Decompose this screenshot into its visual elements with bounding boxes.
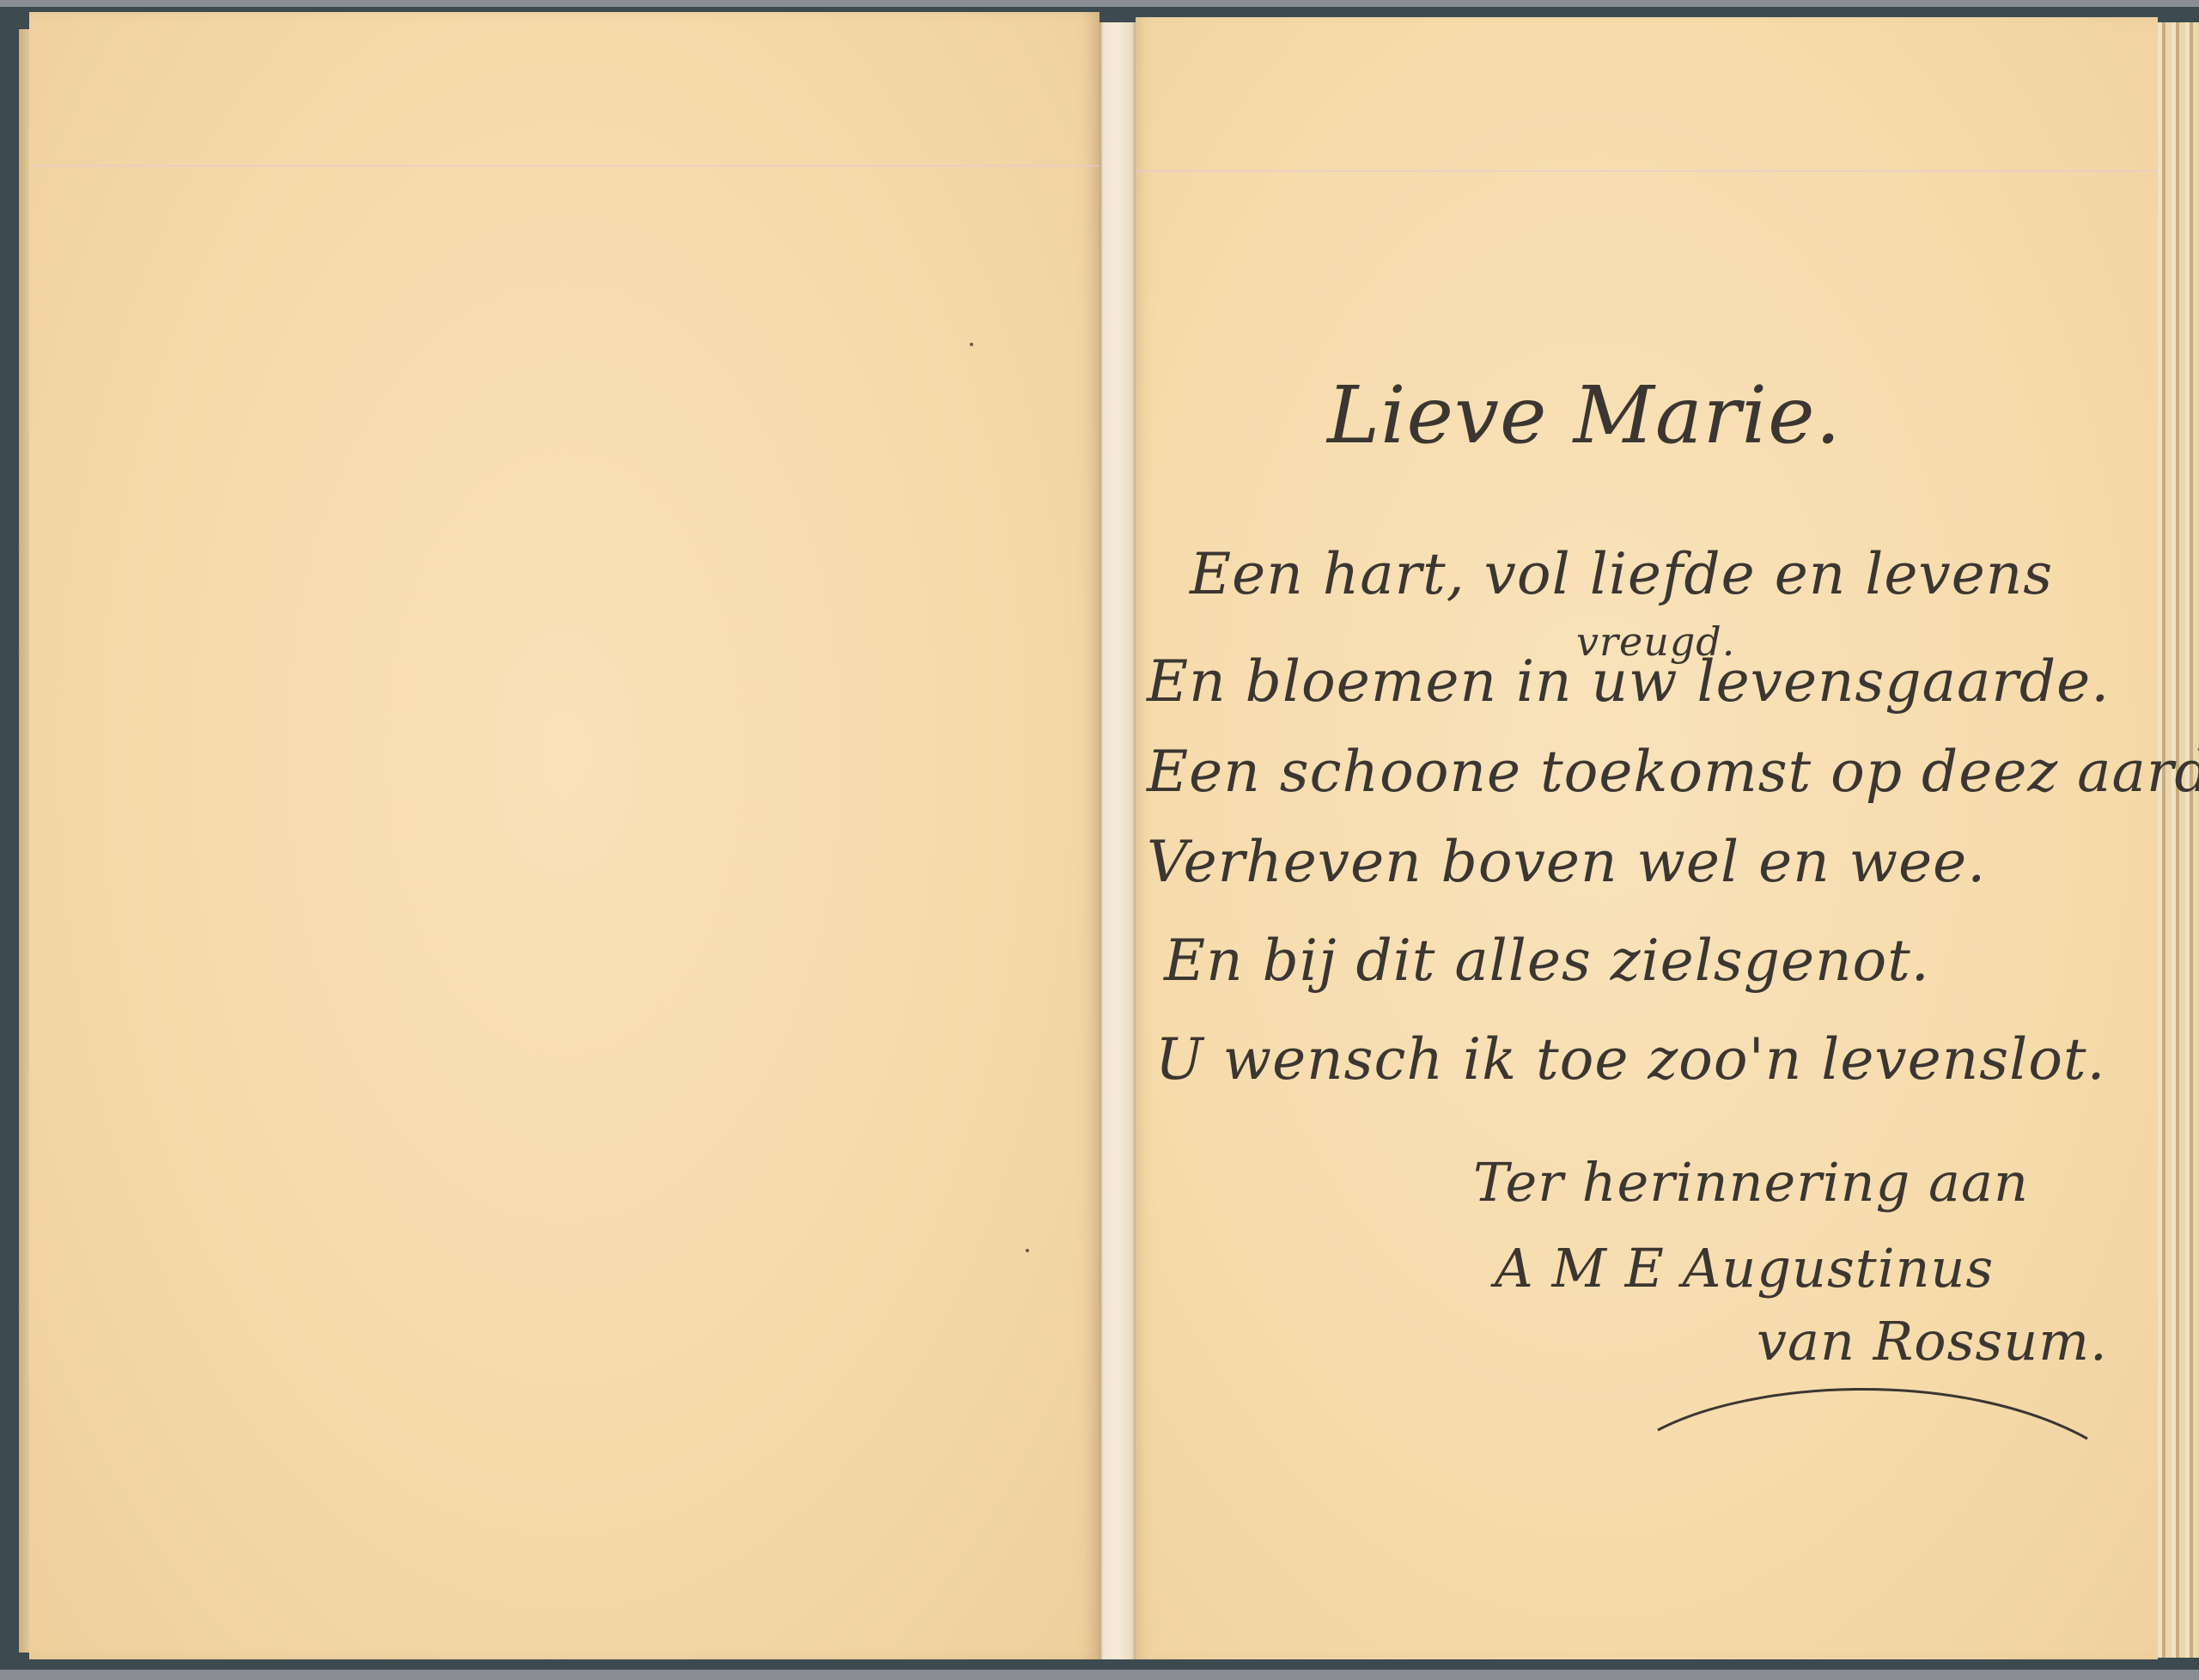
poem-line-3: Een schoone toekomst op deez aarde.	[1147, 739, 2199, 805]
right-page-edges	[2158, 22, 2199, 1658]
ruled-line	[1136, 170, 2158, 172]
paper-speck	[1026, 1249, 1029, 1252]
poem-line-4: Verheven boven wel en wee.	[1147, 829, 1986, 895]
signature-surname: van Rossum.	[1757, 1310, 2108, 1373]
closing-line-1: Ter herinnering aan	[1473, 1151, 2029, 1214]
poem-line-1: Een hart, vol liefde en levens	[1190, 541, 2053, 607]
signature-name: A M E Augustinus	[1495, 1237, 1994, 1300]
poem-line-2: En bloemen in uw levensgaarde.	[1147, 648, 2110, 715]
paper-speck	[970, 343, 973, 346]
poem-line-5: En bij dit alles zielsgenot.	[1164, 928, 1930, 994]
ruled-line	[29, 165, 1099, 167]
left-page	[29, 12, 1099, 1659]
book-gutter	[1099, 22, 1136, 1659]
signature-flourish	[1654, 1370, 2100, 1447]
salutation: Lieve Marie.	[1327, 369, 1842, 461]
poem-line-6: U wensch ik toe zoo'n levenslot.	[1155, 1026, 2105, 1093]
